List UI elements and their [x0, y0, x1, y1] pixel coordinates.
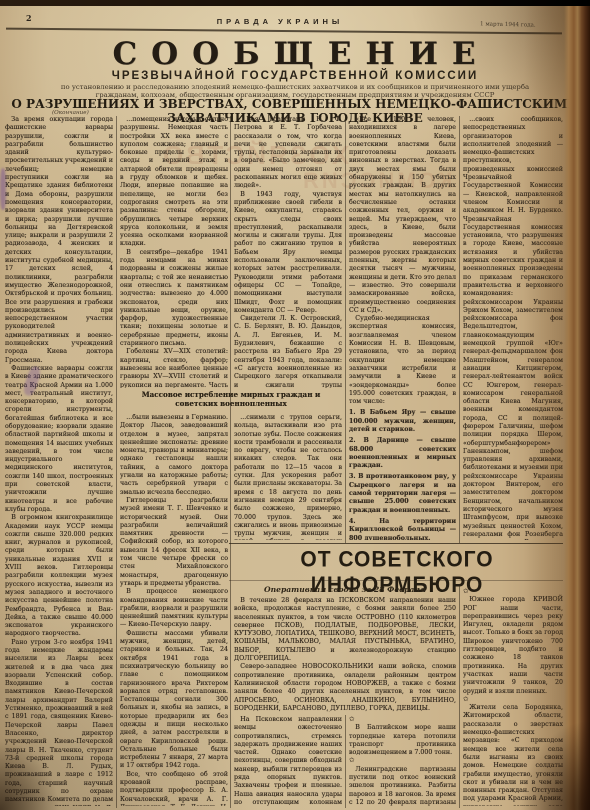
- casualty-list-item-3: 3. В противотанковом рву, у Сырецкого ла…: [349, 473, 456, 514]
- informbureau-rule-left: [345, 715, 346, 808]
- informbureau-column-left: На Псковском направлении немцы ожесточен…: [234, 716, 342, 806]
- mass-extermination-subhead: Массовое истребление мирных граждан и со…: [120, 390, 342, 408]
- newspaper-page: ХОЗЯЙСТВО КОМИССИЯ 2 ПРАВДА УКРАИНЫ 1 ма…: [0, 0, 590, 810]
- communique-column-1: За время оккупации города фашистские вар…: [5, 116, 113, 806]
- communique-column-2-top: ...помещения которых сильно разрушены. Н…: [120, 116, 228, 388]
- casualty-list-item-4: 4. На территории Кирилловской больницы —…: [349, 518, 456, 540]
- book-edge: [564, 0, 590, 810]
- informbureau-column-middle: ✩ В Балтийском море наши торпедные катер…: [349, 716, 456, 806]
- communique-column-3-bottom: ...снимали с трупов серьги, кольца, выта…: [234, 414, 342, 540]
- bottom-right-shadow: [520, 720, 590, 810]
- operational-summary-title: Оперативная сводка за 28 Февраля: [234, 585, 456, 594]
- informbureau-rule-right: [459, 586, 460, 808]
- communique-subtitle: ЧРЕЗВЫЧАЙНОЙ ГОСУДАРСТВЕННОЙ КОМИССИИ: [0, 70, 590, 82]
- column-rule-3: [345, 116, 346, 543]
- operational-summary-lead: В течение 28 февраля на ПСКОВСКОМ направ…: [234, 597, 456, 712]
- masthead-rule: [6, 28, 562, 35]
- informbureau-heading-rule: [229, 580, 563, 581]
- column-rule-1: [116, 116, 117, 808]
- bottom-left-shadow: [0, 740, 60, 810]
- communique-column-4: «Все 150 человек, находившихся в лагере …: [349, 116, 456, 540]
- casualty-list-item-1: 1. В Бабьем Яру — свыше 100.000 мужчин, …: [349, 409, 456, 434]
- informbureau-top-rule: [229, 543, 563, 544]
- column-rule-2: [230, 116, 231, 808]
- communique-title: СООБЩЕНИЕ: [6, 36, 590, 72]
- column-4-intro: «Все 150 человек, находившихся в лагере …: [349, 116, 456, 406]
- purple-ink-mark-1: [0, 168, 6, 210]
- column-rule-4: [459, 116, 460, 543]
- newspaper-name: ПРАВДА УКРАИНЫ: [0, 17, 560, 26]
- casualty-list-item-2: 2. В Дарнице — свыше 68.000 советских во…: [349, 437, 456, 470]
- communique-column-3-top: ...Боя гранатами Н. Ф. Петрова и Е. Т. Г…: [234, 116, 342, 388]
- communique-column-2-bottom: ...были вывезены в Германию. Доктор Лысо…: [120, 414, 228, 806]
- top-edge-shadow: [0, 0, 590, 6]
